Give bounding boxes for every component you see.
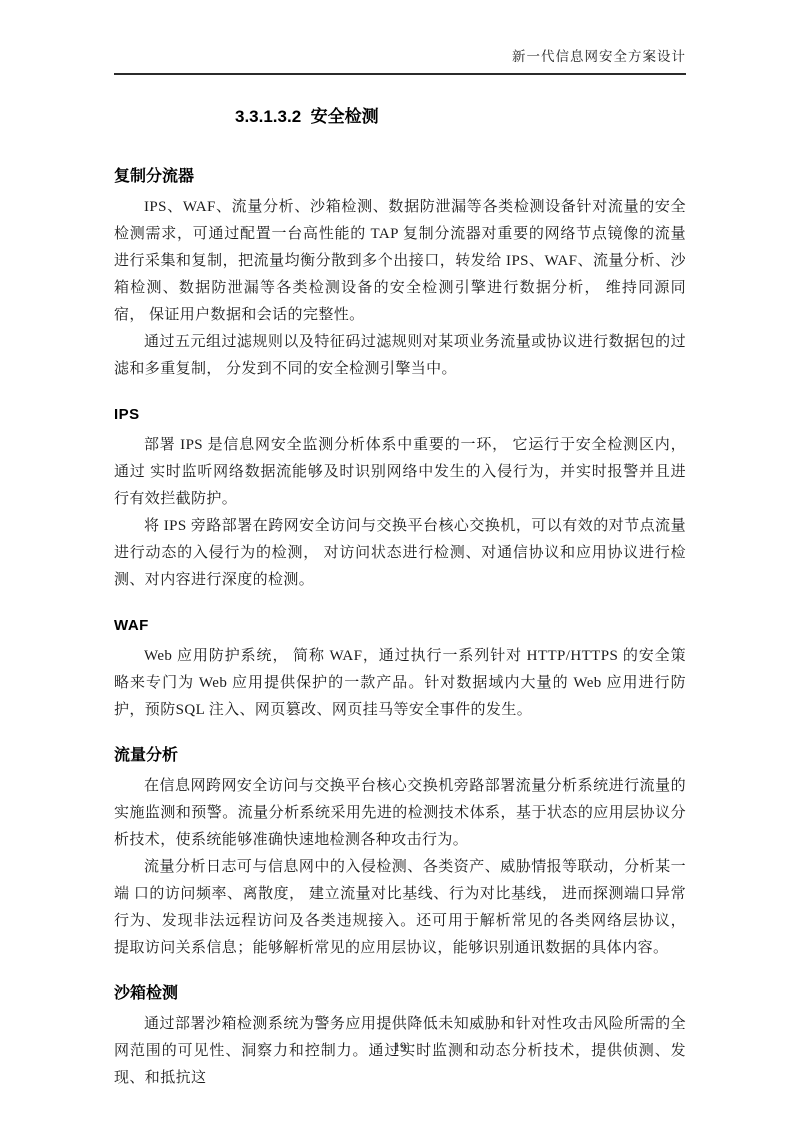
- paragraph: 在信息网跨网安全访问与交换平台核心交换机旁路部署流量分析系统进行流量的 实施监测…: [114, 773, 686, 854]
- section-heading-sandbox-detection: 沙箱检测: [114, 980, 686, 1007]
- document-page: 新一代信息网安全方案设计 3.3.1.3.2 安全检测 复制分流器 IPS、WA…: [0, 0, 800, 1132]
- paragraph: IPS、WAF、流量分析、沙箱检测、数据防泄漏等各类检测设备针对流量的安全检测需…: [114, 194, 686, 329]
- document-body: 3.3.1.3.2 安全检测 复制分流器 IPS、WAF、流量分析、沙箱检测、数…: [114, 104, 686, 1092]
- page-footer: 19: [0, 1040, 800, 1055]
- paragraph: 通过五元组过滤规则以及特征码过滤规则对某项业务流量或协议进行数据包的过滤和多重复…: [114, 329, 686, 383]
- section-heading-waf: WAF: [114, 612, 686, 639]
- paragraph: Web 应用防护系统， 简称 WAF，通过执行一系列针对 HTTP/HTTPS …: [114, 643, 686, 724]
- section-heading-traffic-analysis: 流量分析: [114, 742, 686, 769]
- section-heading-copy-splitter: 复制分流器: [114, 163, 686, 190]
- page-number: 19: [394, 1040, 407, 1054]
- header-title: 新一代信息网安全方案设计: [512, 49, 686, 64]
- paragraph: 部署 IPS 是信息网安全监测分析体系中重要的一环， 它运行于安全检测区内， 通…: [114, 432, 686, 513]
- paragraph: 将 IPS 旁路部署在跨网安全访问与交换平台核心交换机，可以有效的对节点流量进行…: [114, 513, 686, 594]
- page-header: 新一代信息网安全方案设计: [114, 48, 686, 75]
- section-heading-ips: IPS: [114, 401, 686, 428]
- page-title: 3.3.1.3.2 安全检测: [235, 104, 686, 130]
- paragraph: 流量分析日志可与信息网中的入侵检测、各类资产、威胁情报等联动，分析某一端 口的访…: [114, 854, 686, 962]
